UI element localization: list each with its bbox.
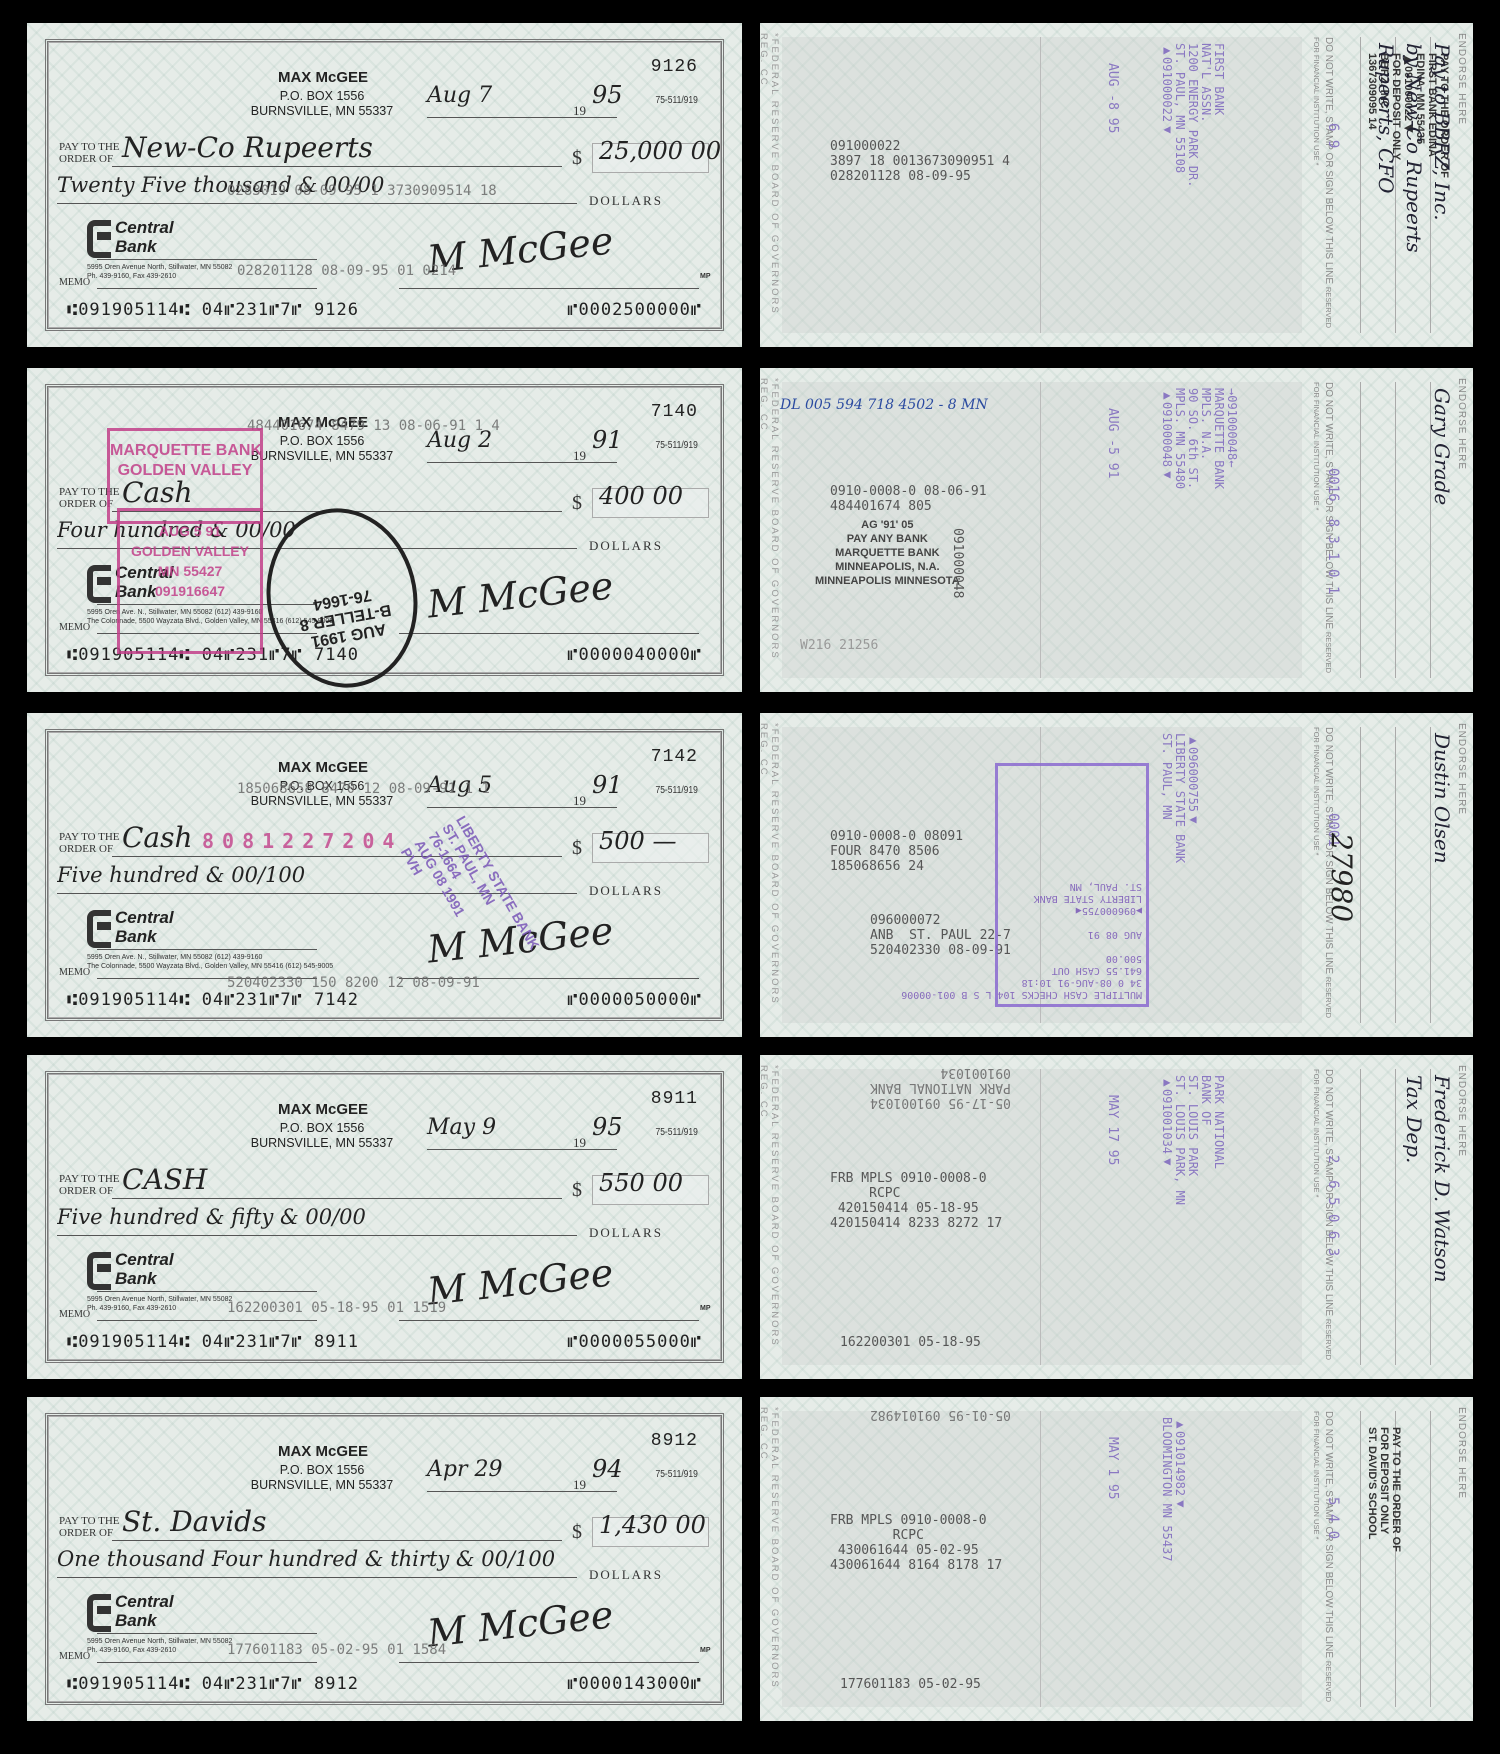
amount-words-line [57,1577,577,1578]
bank-name: Central Bank [115,1250,195,1288]
dollar-sign: $ [572,1521,582,1544]
account-holder-name: MAX McGEE [203,1101,443,1118]
routing-fraction: 75-511/919 [656,785,698,796]
check-back: *FEDERAL RESERVE BOARD OF GOVERNORS REG.… [760,713,1473,1037]
deposit-stamp: PAY TO THE ORDER OF FOR DEPOSIT ONLY ST.… [1366,1427,1402,1552]
bank-underline [97,949,317,950]
endorsement-signature: Rupeerts, CFO [1374,43,1398,194]
amount-words-line [57,203,577,204]
amount-numeric: 400 00 [599,482,683,510]
amount-in-words: Five hundred & fifty & 00/00 [57,1205,577,1229]
pay-to-label: PAY TO THE ORDER OF [59,831,120,855]
micr-line: ⑆091905114⑆ 04⑈231⑈7⑈ 8912 [67,1674,359,1694]
micr-line: ⑆091905114⑆ 04⑈231⑈7⑈ 8911 [67,1332,359,1352]
payee-line [112,166,562,167]
check-number: 7140 [651,402,698,422]
account-address-line2: BURNSVILLE, MN 55337 [177,1136,467,1150]
year-handwritten: 91 [592,771,623,799]
amount-numeric: 25,000 00 [599,137,721,165]
memo-label: MEMO [59,1651,90,1662]
endorsement-signature: Frederick D. Watson [1430,1075,1454,1283]
dollar-sign: $ [572,492,582,515]
mp-mark: MP [700,273,711,280]
federal-reserve-text: *FEDERAL RESERVE BOARD OF GOVERNORS REG.… [766,1407,780,1707]
bank-sequence-number: W216 21256 [800,638,878,653]
check-front: MAX McGEE P.O. BOX 1556 BURNSVILLE, MN 5… [27,713,742,1037]
dollar-sign: $ [572,1179,582,1202]
amount-in-words: One thousand Four hundred & thirty & 00/… [57,1547,577,1571]
inverted-bank-print: 05-17-95 091001034 PARK NATIONAL BANK 09… [870,1065,1011,1110]
dollars-label: DOLLARS [589,883,663,899]
micr-amount: ⑈0000040000⑈ [567,645,702,665]
sequence-number: 6 9 [1325,123,1340,148]
federal-reserve-text: *FEDERAL RESERVE BOARD OF GOVERNORS REG.… [766,1065,780,1365]
bank-processing-print: 0910-0008-0 08091 FOUR 8470 8506 1850686… [830,829,963,874]
memo-label: MEMO [59,967,90,978]
bank-overprint: 0283019 08-09-95 1 3730909514 18 [227,183,497,199]
bank-overprint: 484401674 8479 13 08-06-91 1 4 [247,418,500,434]
account-address-line2: BURNSVILLE, MN 55337 [177,1478,467,1492]
endorsement-signature: by New-Co Rupeerts [1402,43,1426,253]
sequence-number: 5 4 0 [1325,1497,1340,1539]
bank-underline [97,1291,317,1292]
amount-numeric: 550 00 [599,1169,683,1197]
bank-routing-stamp: →091000048← MARQUETTE BANK MPLS. N.A. 90… [1160,388,1238,489]
processing-divider [1040,1069,1041,1365]
bank-name: Central Bank [115,218,195,256]
date-prefix: 19 [573,448,586,464]
dollars-label: DOLLARS [589,193,663,209]
date-line [427,1491,617,1492]
endorse-line [1395,727,1396,1023]
memo-line [97,1320,317,1321]
date-line [427,1149,617,1150]
micr-amount: ⑈0000050000⑈ [567,990,702,1010]
account-address-line1: P.O. BOX 1556 [177,1463,467,1477]
bank-routing-stamp: PARK NATIONAL BANK OF ST. LOUIS PARK ST.… [1160,1075,1225,1205]
sequence-number: 2 6 5 0 6 3 [1325,1155,1340,1256]
pay-any-bank-stamp: AG '91' 05 PAY ANY BANK MARQUETTE BANK M… [815,518,960,588]
memo-line [97,1662,317,1663]
endorse-line [1360,1411,1361,1707]
mp-mark: MP [700,1647,711,1654]
check-number: 8912 [651,1431,698,1451]
bank-date-stamp: AUG -5 91 [1105,408,1120,478]
payee-line [112,856,562,857]
routing-fraction: 75-511/919 [656,1469,698,1480]
micr-line: ⑆091905114⑆ 04⑈231⑈7⑈ 7142 [67,990,359,1010]
bank-overprint: 162200301 05-18-95 01 1519 [227,1300,446,1316]
inverted-bank-print: 05-01-95 091014982 [870,1407,1011,1422]
account-address-line2: BURNSVILLE, MN 55337 [177,104,467,118]
bank-processing-print: 177601183 05-02-95 [840,1677,981,1692]
account-holder-name: MAX McGEE [203,1443,443,1460]
bank-routing-stamp: FIRST BANK NAT'L ASSN. 1200 ENERGY PARK … [1160,43,1225,188]
bank-overprint: 028201128 08-09-95 01 0214 [237,263,456,279]
payee-handwritten: St. Davids [122,1505,266,1538]
processing-divider [1040,382,1041,678]
endorse-line [1360,727,1361,1023]
endorse-line [1430,1411,1431,1707]
dollars-label: DOLLARS [589,1567,663,1583]
check-number: 9126 [651,57,698,77]
endorse-here-label: ENDORSE HERE [1456,378,1467,470]
check-front: MAX McGEE P.O. BOX 1556 BURNSVILLE, MN 5… [27,1055,742,1379]
signature-line [399,288,699,289]
bank-address: 5995 Oren Ave. N., Stillwater, MN 55082 … [87,953,333,971]
endorse-line [1395,382,1396,678]
do-not-write-text: DO NOT WRITE, STAMP OR SIGN BELOW THIS L… [1323,37,1334,284]
central-bank-logo: Central Bank [87,1250,227,1294]
bank-processing-print: FRB MPLS 0910-0008-0 RCPC 430061644 05-0… [830,1513,1002,1573]
sequence-number: 0016 8 3 1 0 1 [1325,468,1340,594]
payee-handwritten: CASH [122,1163,207,1196]
payee-line [112,1540,562,1541]
check-front: MAX McGEE P.O. BOX 1556 BURNSVILLE, MN 5… [27,1397,742,1721]
memo-line [97,288,317,289]
bank-date-stamp: MAY 1 95 [1105,1437,1120,1500]
date-prefix: 19 [573,1135,586,1151]
bank-logo-icon [87,565,111,603]
pay-to-label: PAY TO THE ORDER OF [59,1173,120,1197]
bank-underline [97,1633,317,1634]
bank-overprint: 177601183 05-02-95 01 1584 [227,1642,446,1658]
dollar-sign: $ [572,147,582,170]
mp-mark: MP [700,1305,711,1312]
do-not-write-notice: DO NOT WRITE, STAMP OR SIGN BELOW THIS L… [1308,1411,1334,1707]
micr-amount: ⑈0000143000⑈ [567,1674,702,1694]
endorse-here-label: ENDORSE HERE [1456,723,1467,815]
bank-logo-icon [87,910,111,948]
bank-address: 5995 Oren Avenue North, Stillwater, MN 5… [87,1295,232,1313]
bank-address: 5995 Oren Avenue North, Stillwater, MN 5… [87,1637,232,1655]
account-holder-name: MAX McGEE [203,759,443,776]
handwritten-id-note: DL 005 594 718 4502 - 8 MN [780,398,988,413]
bank-routing-stamp: ▶096000755◀ LIBERTY STATE BANK ST. PAUL,… [1160,733,1199,863]
central-bank-logo: Central Bank [87,908,227,952]
bank-name: Central Bank [115,908,195,946]
check-front: MAX McGEE P.O. BOX 1556 BURNSVILLE, MN 5… [27,23,742,347]
endorsement-signature: Tax Dep. [1402,1075,1426,1163]
date-line [427,462,617,463]
federal-reserve-text: *FEDERAL RESERVE BOARD OF GOVERNORS REG.… [766,33,780,333]
central-bank-logo: Central Bank [87,218,227,262]
payee-handwritten: Cash [122,821,193,854]
pay-to-label: PAY TO THE ORDER OF [59,141,120,165]
do-not-write-notice: DO NOT WRITE, STAMP OR SIGN BELOW THIS L… [1308,37,1334,333]
endorsement-signature: Pay to BBRZ, Inc. [1430,43,1454,221]
check-number: 7142 [651,747,698,767]
bank-date-stamp: MAY 17 95 [1105,1095,1120,1165]
dollar-sign: $ [572,837,582,860]
amount-words-line [57,1235,577,1236]
check-back: *FEDERAL RESERVE BOARD OF GOVERNORS REG.… [760,1055,1473,1379]
bank-logo-icon [87,1594,111,1632]
check-number: 8911 [651,1089,698,1109]
check-front: MAX McGEE P.O. BOX 1556 BURNSVILLE, MN 5… [27,368,742,692]
endorse-here-label: ENDORSE HERE [1456,33,1467,125]
check-back: *FEDERAL RESERVE BOARD OF GOVERNORS REG.… [760,368,1473,692]
check-back: *FEDERAL RESERVE BOARD OF GOVERNORS REG.… [760,23,1473,347]
date-handwritten: Aug 7 [427,83,557,108]
bank-processing-print: 0910-0008-0 08-06-91 484401674 805 [830,484,987,514]
bank-overprint: 520402330 150 8200 12 08-09-91 [227,975,480,991]
bank-routing-stamp: ▶091014982◀ BLOOMINGTON MN 55437 [1160,1417,1186,1562]
amount-numeric: 500 — [599,827,676,855]
processing-divider [1040,37,1041,333]
endorse-line [1360,37,1361,333]
endorse-here-label: ENDORSE HERE [1456,1065,1467,1157]
year-handwritten: 95 [592,81,623,109]
payee-line [112,1198,562,1199]
processing-divider [1040,1411,1041,1707]
year-handwritten: 94 [592,1455,623,1483]
endorsement-signature: Dustin Olsen [1430,733,1454,864]
date-prefix: 19 [573,103,586,119]
bank-name: Central Bank [115,1592,195,1630]
pay-any-bank-routing: 091000048 [950,528,965,598]
federal-reserve-text: *FEDERAL RESERVE BOARD OF GOVERNORS REG.… [766,723,780,1023]
pay-to-label: PAY TO THE ORDER OF [59,1515,120,1539]
memo-label: MEMO [59,277,90,288]
date-handwritten: Apr 29 [427,1457,557,1482]
federal-reserve-text: *FEDERAL RESERVE BOARD OF GOVERNORS REG.… [766,378,780,678]
bank-date-stamp: AUG -8 95 [1105,63,1120,133]
bank-logo-icon [87,220,111,258]
endorsement-signature: Gary Grade [1430,388,1454,505]
signature-line [399,633,699,634]
micr-amount: ⑈0000055000⑈ [567,1332,702,1352]
dollars-label: DOLLARS [589,538,663,554]
handwritten-number: 27980 [1325,833,1358,922]
teller-box-stamp: MULTIPLE CASH CHECKS 104 L S B 001-00006… [995,763,1149,1007]
signature-line [399,1662,699,1663]
bank-processing-print: 162200301 05-18-95 [840,1335,981,1350]
bank-processing-print: 096000072 ANB ST. PAUL 22-7 520402330 08… [870,913,1011,958]
year-handwritten: 91 [592,426,623,454]
central-bank-logo: Central Bank [87,1592,227,1636]
dollars-label: DOLLARS [589,1225,663,1241]
bank-processing-print: FRB MPLS 0910-0008-0 RCPC 420150414 05-1… [830,1171,1002,1231]
check-back: *FEDERAL RESERVE BOARD OF GOVERNORS REG.… [760,1397,1473,1721]
endorse-line [1395,1069,1396,1365]
endorse-line [1360,382,1361,678]
endorse-line [1360,1069,1361,1365]
year-handwritten: 95 [592,1113,623,1141]
bank-logo-icon [87,1252,111,1290]
bank-address: 5995 Oren Avenue North, Stillwater, MN 5… [87,263,232,281]
memo-label: MEMO [59,1309,90,1320]
amount-numeric: 1,430 00 [599,1511,706,1539]
date-handwritten: May 9 [427,1115,557,1140]
date-line [427,807,617,808]
date-prefix: 19 [573,1477,586,1493]
routing-fraction: 75-511/919 [656,1127,698,1138]
bank-overprint: 185068658 8470 12 08-09-91 1 1 [237,781,490,797]
endorse-here-label: ENDORSE HERE [1456,1407,1467,1499]
payee-handwritten: New-Co Rupeerts [122,131,373,164]
date-line [427,117,617,118]
bank-stamp: AUG 5 91 GOLDEN VALLEY MN 55427 09191664… [117,508,263,654]
teller-number-stamp: 8081227204 [202,829,402,853]
memo-label: MEMO [59,622,90,633]
bank-processing-print: 091000022 3897 18 0013673090951 4 028201… [830,139,1010,184]
micr-line: ⑆091905114⑆ 04⑈231⑈7⑈ 9126 [67,300,359,320]
account-holder-name: MAX McGEE [203,69,443,86]
date-prefix: 19 [573,793,586,809]
signature-line [399,1320,699,1321]
routing-fraction: 75-511/919 [656,95,698,106]
micr-amount: ⑈0002500000⑈ [567,300,702,320]
account-address-line1: P.O. BOX 1556 [177,1121,467,1135]
routing-fraction: 75-511/919 [656,440,698,451]
bank-underline [97,259,317,260]
account-address-line1: P.O. BOX 1556 [177,89,467,103]
